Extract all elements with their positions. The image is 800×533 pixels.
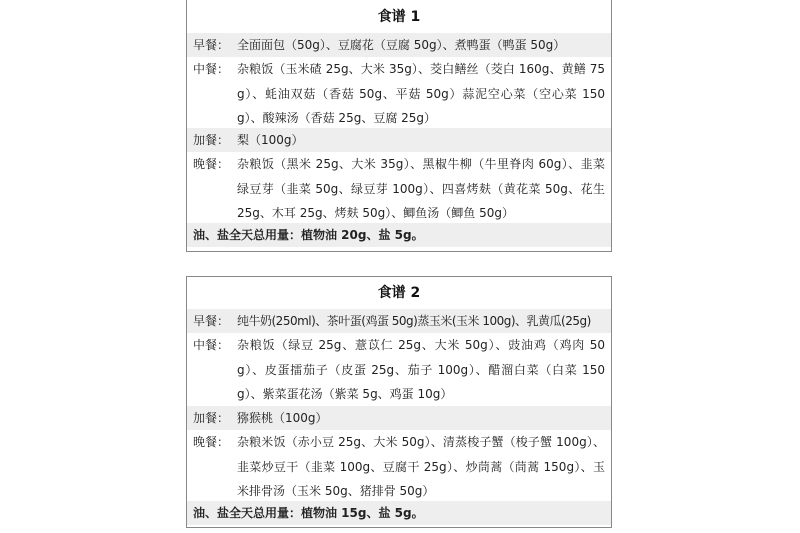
- meal-label: 中餐：: [193, 57, 237, 128]
- meal-row-lunch: 中餐： 杂粮饭（绿豆 25g、薏苡仁 25g、大米 50g）、豉油鸡（鸡肉 50…: [187, 333, 611, 406]
- meal-row-dinner: 晚餐： 杂粮饭（黑米 25g、大米 35g）、黑椒牛柳（牛里脊肉 60g）、韭菜…: [187, 152, 611, 223]
- recipe-title: 食谱 2: [187, 277, 611, 309]
- meal-content: 杂粮米饭（赤小豆 25g、大米 50g）、清蒸梭子蟹（梭子蟹 100g）、韭菜炒…: [237, 430, 605, 501]
- meal-label: 加餐：: [193, 406, 237, 430]
- meal-label: 晚餐：: [193, 430, 237, 501]
- summary-text: 油、盐全天总用量：植物油 20g、盐 5g。: [193, 223, 605, 247]
- meal-row-breakfast: 早餐： 全面面包（50g）、豆腐花（豆腐 50g）、煮鸭蛋（鸭蛋 50g）: [187, 33, 611, 57]
- meal-row-snack: 加餐： 梨（100g）: [187, 128, 611, 152]
- recipe-title: 食谱 1: [187, 0, 611, 33]
- meal-label: 早餐：: [193, 309, 237, 333]
- meal-content: 杂粮饭（黑米 25g、大米 35g）、黑椒牛柳（牛里脊肉 60g）、韭菜绿豆芽（…: [237, 152, 605, 223]
- meal-content: 猕猴桃（100g）: [237, 406, 605, 430]
- meal-row-snack: 加餐： 猕猴桃（100g）: [187, 406, 611, 430]
- recipe-table-1: 食谱 1 早餐： 全面面包（50g）、豆腐花（豆腐 50g）、煮鸭蛋（鸭蛋 50…: [186, 0, 612, 252]
- meal-content: 全面面包（50g）、豆腐花（豆腐 50g）、煮鸭蛋（鸭蛋 50g）: [237, 33, 605, 57]
- summary-text: 油、盐全天总用量：植物油 15g、盐 5g。: [193, 501, 605, 525]
- meal-row-dinner: 晚餐： 杂粮米饭（赤小豆 25g、大米 50g）、清蒸梭子蟹（梭子蟹 100g）…: [187, 430, 611, 501]
- meal-row-lunch: 中餐： 杂粮饭（玉米碴 25g、大米 35g）、茭白鳝丝（茭白 160g、黄鳝 …: [187, 57, 611, 128]
- daily-oil-salt-summary: 油、盐全天总用量：植物油 20g、盐 5g。: [187, 223, 611, 247]
- meal-label: 加餐：: [193, 128, 237, 152]
- meal-label: 早餐：: [193, 33, 237, 57]
- recipe-table-2: 食谱 2 早餐： 纯牛奶(250ml)、茶叶蛋(鸡蛋 50g)蒸玉米(玉米 10…: [186, 276, 612, 528]
- meal-content: 杂粮饭（绿豆 25g、薏苡仁 25g、大米 50g）、豉油鸡（鸡肉 50g）、皮…: [237, 333, 605, 406]
- daily-oil-salt-summary: 油、盐全天总用量：植物油 15g、盐 5g。: [187, 501, 611, 525]
- meal-label: 中餐：: [193, 333, 237, 406]
- meal-label: 晚餐：: [193, 152, 237, 223]
- meal-content: 纯牛奶(250ml)、茶叶蛋(鸡蛋 50g)蒸玉米(玉米 100g)、乳黄瓜(2…: [237, 309, 605, 333]
- meal-row-breakfast: 早餐： 纯牛奶(250ml)、茶叶蛋(鸡蛋 50g)蒸玉米(玉米 100g)、乳…: [187, 309, 611, 333]
- meal-content: 梨（100g）: [237, 128, 605, 152]
- meal-content: 杂粮饭（玉米碴 25g、大米 35g）、茭白鳝丝（茭白 160g、黄鳝 75g）…: [237, 57, 605, 128]
